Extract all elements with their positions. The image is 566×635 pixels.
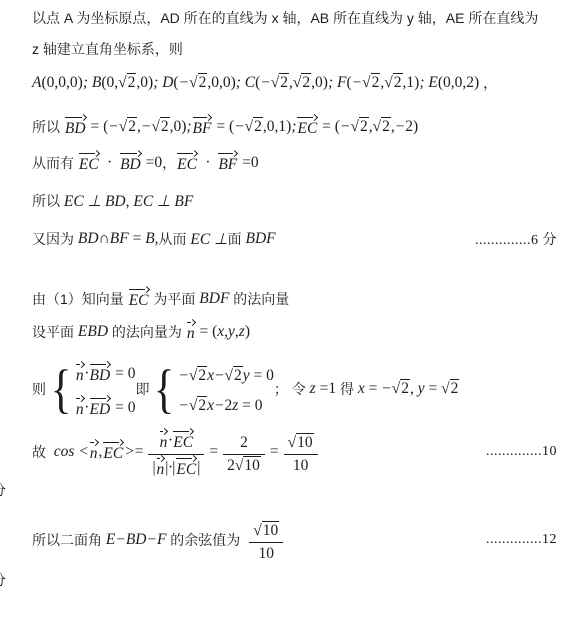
vector-n: n	[157, 461, 165, 479]
cjk-text: 的法向量为	[108, 322, 186, 342]
vector-n: n	[160, 434, 168, 452]
math-text: √10	[253, 522, 279, 540]
vector-EC: EC	[173, 434, 193, 452]
fraction-denominator: | n |·| EC |	[148, 454, 204, 479]
normal-known-line: 由（1）知向量 EC 为平面 BDF 的法向量	[32, 286, 289, 312]
perpendicular-line: 所以 EC ⊥ BD, EC ⊥ BF	[32, 191, 193, 211]
cjk-text: 得	[336, 379, 358, 399]
math-solution-document: 以点 A 为坐标原点，AD 所在的直线为 x 轴，AB 所在直线为 y 轴，AE…	[0, 0, 566, 635]
vector-BF: BF	[193, 120, 212, 138]
cjk-text: 从而	[159, 229, 191, 249]
fraction-numerator: n · EC	[148, 425, 204, 454]
equals-sign: =	[270, 443, 279, 461]
math-text: = 0	[111, 365, 135, 383]
math-text: E−BD−F	[106, 531, 167, 549]
math-text: BDF	[246, 230, 276, 248]
cjk-text: 所以	[32, 117, 64, 137]
math-text: EC ⊥ BD, EC ⊥ BF	[64, 192, 193, 211]
math-text: |·|	[165, 459, 175, 477]
dot-operator: ·	[85, 365, 89, 383]
cjk-text: z 轴建立直角坐标系，则	[32, 39, 183, 59]
score-dots-10: ..............10	[486, 444, 557, 460]
plane-perpendicular-line: 又因为 BD∩BF = B, 从而 EC ⊥ 面 BDF ...........…	[32, 229, 557, 249]
fraction-sqrt10-over-10: √10 10	[284, 429, 318, 475]
equation-row: n · BD = 0	[75, 359, 136, 385]
cjk-text: 所以二面角	[32, 530, 106, 550]
math-text: EC ⊥	[190, 230, 227, 249]
cjk-text: 则	[32, 379, 46, 399]
equation-row: −√2x−√2y = 0	[178, 363, 273, 385]
fraction-denominator: 10	[284, 454, 318, 475]
fraction-dot-over-norms: n · EC | n |·| EC |	[148, 425, 204, 479]
cjk-text: 面	[228, 229, 246, 249]
equation-system-line: 则 { n · BD = 0 n · ED = 0 即 { −√2x−√2y =…	[32, 356, 459, 422]
score-dots-12: ..............12	[486, 532, 557, 548]
math-text: =0	[238, 154, 258, 172]
math-text: 10	[293, 457, 309, 475]
dot-operator: ·	[85, 399, 89, 417]
math-text: = (x,y,z)	[196, 323, 250, 341]
vector-n: n	[76, 367, 84, 385]
fraction-sqrt10-over-10: √10 10	[249, 517, 283, 563]
cjk-text: 又因为	[32, 229, 78, 249]
cjk-text: 为平面	[150, 289, 200, 309]
cjk-text: 从而有	[32, 153, 78, 173]
math-text: −√2x−√2y = 0	[178, 367, 273, 385]
cjk-text: 设平面	[32, 322, 78, 342]
math-text: ,	[99, 443, 103, 461]
equals-sign: =	[209, 443, 218, 461]
math-text: EBD	[78, 323, 108, 341]
math-text: 2√10	[227, 457, 261, 475]
normal-setup-line: 设平面 EBD 的法向量为 n = (x,y,z)	[32, 319, 250, 345]
math-text: = 0	[111, 399, 135, 417]
math-text: 10	[258, 545, 274, 563]
hanging-fen-1: 分	[0, 480, 6, 500]
fraction-numerator: √10	[249, 517, 283, 542]
math-text: x = −√2, y = √2	[358, 380, 460, 398]
vector-BD: BD	[65, 120, 86, 138]
vector-ED: ED	[90, 401, 111, 419]
vector-EC: EC	[129, 292, 149, 310]
math-text: cos <	[54, 443, 89, 461]
vector-n: n	[187, 325, 195, 343]
vector-BF: BF	[218, 156, 237, 174]
vector-EC: EC	[79, 156, 99, 174]
fraction-denominator: 10	[249, 542, 283, 563]
vectors-line: 所以 BD = (−√2,−√2,0); BF = (−√2,0,1); EC …	[32, 113, 418, 141]
cjk-text: ，	[162, 153, 176, 173]
math-text: 2	[240, 434, 248, 452]
math-text: >=	[124, 443, 143, 461]
vector-EC: EC	[176, 461, 196, 479]
left-brace: {	[51, 362, 72, 416]
cjk-text: 由（1）知向量	[32, 289, 128, 309]
hanging-fen-2: 分	[0, 570, 6, 590]
math-text: = (−√2,−√2,0);	[87, 118, 192, 136]
cjk-text: 令	[288, 379, 310, 399]
vector-EC: EC	[177, 156, 197, 174]
math-text: |	[197, 459, 200, 477]
cjk-text: ；	[274, 379, 288, 399]
math-text: =0	[142, 154, 162, 172]
cosine-formula-line: 故 cos < n , EC >= n · EC | n |·| EC | = …	[32, 424, 557, 480]
dot-operator: ·	[198, 154, 217, 172]
equation-row: n · ED = 0	[75, 393, 136, 419]
equation-stack-2: −√2x−√2y = 0 −√2x−2z = 0	[178, 363, 273, 415]
vector-n: n	[76, 401, 84, 419]
intro-line-2: z 轴建立直角坐标系，则	[32, 39, 183, 59]
dot-products-line: 从而有 EC · BD =0 ， EC · BF =0	[32, 150, 259, 176]
math-text: A(0,0,0); B(0,√2,0); D(−√2,0,0); C(−√2,√…	[32, 74, 479, 92]
equation-stack-1: n · BD = 0 n · ED = 0	[75, 359, 136, 419]
cjk-text: 故	[32, 442, 54, 462]
score-dots-6: ..............6 分	[475, 229, 557, 249]
coordinates-line: A(0,0,0); B(0,√2,0); D(−√2,0,0); C(−√2,√…	[32, 69, 497, 97]
fraction-2-over-2sqrt10: 2 2√10	[223, 429, 265, 475]
cjk-text: 所以	[32, 191, 64, 211]
math-text: = (−√2,√2,−2)	[318, 118, 418, 136]
fraction-numerator: 2	[223, 429, 265, 454]
math-text: √10	[288, 434, 314, 452]
cjk-text: 即	[135, 379, 149, 399]
math-text: BD∩BF = B,	[78, 230, 159, 248]
vector-BD: BD	[90, 367, 111, 385]
vector-n: n	[90, 445, 98, 463]
fraction-numerator: √10	[284, 429, 318, 454]
math-text: = (−√2,0,1);	[212, 118, 296, 136]
intro-line-1: 以点 A 为坐标原点，AD 所在的直线为 x 轴，AB 所在直线为 y 轴，AE…	[32, 8, 538, 28]
vector-BD: BD	[120, 156, 141, 174]
cjk-text: 以点 A 为坐标原点，AD 所在的直线为 x 轴，AB 所在直线为 y 轴，AE…	[32, 8, 538, 28]
cjk-text: ，	[479, 73, 497, 93]
equation-row: −√2x−2z = 0	[178, 393, 273, 415]
cjk-text: 的法向量	[229, 289, 289, 309]
math-text: z =1	[310, 380, 336, 398]
math-text: BDF	[199, 290, 229, 308]
fraction-denominator: 2√10	[223, 454, 265, 475]
dihedral-conclusion-line: 所以二面角 E−BD−F 的余弦值为 √10 10 ..............…	[32, 516, 557, 564]
cjk-text: 的余弦值为	[166, 530, 244, 550]
dot-operator: ·	[100, 154, 119, 172]
vector-EC: EC	[103, 445, 123, 463]
left-brace: {	[154, 362, 175, 416]
math-text: −√2x−2z = 0	[178, 397, 262, 415]
math-text: |	[152, 459, 155, 477]
dot-operator: ·	[168, 432, 172, 450]
vector-EC: EC	[297, 120, 317, 138]
